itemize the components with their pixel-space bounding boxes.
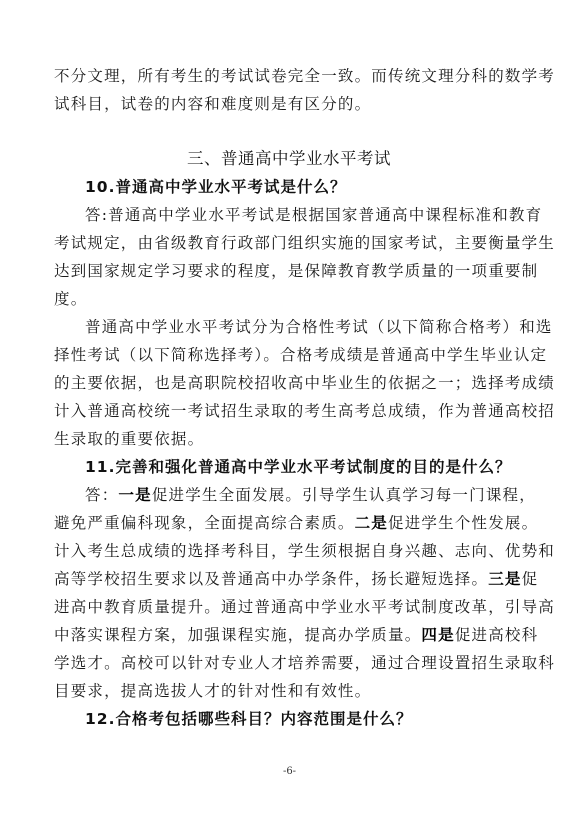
- keyword-emphasis: 三是: [488, 570, 521, 588]
- body-text-line: 答：一是促进学生全面发展。引导学生认真学习每一门课程，: [54, 481, 524, 509]
- question-heading-10: 10.普通高中学业水平考试是什么？: [54, 173, 524, 201]
- body-text-line: 答:普通高中学业水平考试是根据国家普通高中课程标准和教育: [54, 201, 524, 229]
- keyword-emphasis: 一是: [118, 486, 151, 504]
- body-text-line: 试科目，试卷的内容和难度则是有区分的。: [54, 90, 524, 118]
- body-text-line: 的主要依据，也是高职院校招收高中毕业生的依据之一；选择考成绩: [54, 369, 524, 397]
- body-text-line: 高等学校招生要求以及普通高中办学条件，扬长避短选择。三是促: [54, 565, 524, 593]
- document-page: 不分文理，所有考生的考试试卷完全一致。而传统文理分科的数学考 试科目，试卷的内容…: [54, 62, 524, 733]
- keyword-emphasis: 四是: [421, 626, 454, 644]
- body-text-line: 计入考生总成绩的选择考科目，学生须根据自身兴趣、志向、优势和: [54, 537, 524, 565]
- body-text-line: 择性考试（以下简称选择考）。合格考成绩是普通高中学生毕业认定: [54, 341, 524, 369]
- body-text-line: 生录取的重要依据。: [54, 425, 524, 453]
- body-text-line: 计入普通高校统一考试招生录取的考生高考总成绩，作为普通高校招: [54, 397, 524, 425]
- section-heading: 三、普通高中学业水平考试: [54, 145, 524, 173]
- body-text-line: 中落实课程方案，加强课程实施，提高办学质量。四是促进高校科: [54, 621, 524, 649]
- question-heading-11: 11.完善和强化普通高中学业水平考试制度的目的是什么？: [54, 453, 524, 481]
- body-text-line: 学选才。高校可以针对专业人才培养需要，通过合理设置招生录取科: [54, 649, 524, 677]
- keyword-emphasis: 二是: [355, 514, 388, 532]
- body-text-line: 避免严重偏科现象，全面提高综合素质。二是促进学生个性发展。: [54, 509, 524, 537]
- body-text-line: 度。: [54, 285, 524, 313]
- page-number: -6-: [0, 766, 579, 777]
- body-text-line: 不分文理，所有考生的考试试卷完全一致。而传统文理分科的数学考: [54, 62, 524, 90]
- question-heading-12: 12.合格考包括哪些科目？内容范围是什么？: [54, 705, 524, 733]
- body-text-line: 目要求，提高选拔人才的针对性和有效性。: [54, 677, 524, 705]
- body-text-line: 普通高中学业水平考试分为合格性考试（以下简称合格考）和选: [54, 313, 524, 341]
- body-text-line: 进高中教育质量提升。通过普通高中学业水平考试制度改革，引导高: [54, 593, 524, 621]
- body-text-line: 达到国家规定学习要求的程度，是保障教育教学质量的一项重要制: [54, 257, 524, 285]
- body-text-line: 考试规定，由省级教育行政部门组织实施的国家考试，主要衡量学生: [54, 229, 524, 257]
